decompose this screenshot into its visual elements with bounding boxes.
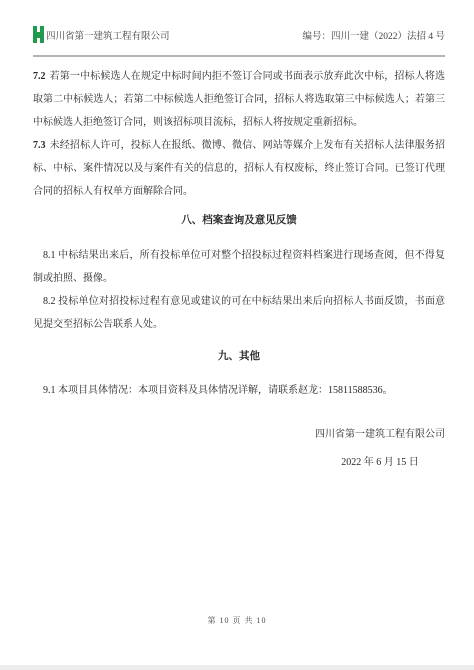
paragraph-7-3-number: 7.3 [33, 140, 46, 151]
paragraph-7-3-text: 未经招标人许可，投标人在报纸、微博、微信、网站等媒介上发布有关招标人法律服务招标… [33, 140, 445, 197]
header-company-name: 四川省第一建筑工程有限公司 [46, 28, 170, 42]
signature-block: 四川省第一建筑工程有限公司 2022 年 6 月 15 日 [33, 423, 445, 474]
paragraph-7-3: 7.3未经招标人许可，投标人在报纸、微博、微信、网站等媒介上发布有关招标人法律服… [33, 134, 445, 203]
paragraph-8-2: 8.2 投标单位对招投标过程有意见或建议的可在中标结果出来后向招标人书面反馈，书… [33, 290, 445, 336]
company-logo-icon [33, 26, 44, 43]
page-number-footer: 第 10 页 共 10 [0, 615, 474, 626]
paragraph-8-1: 8.1 中标结果出来后，所有投标单位可对整个招投标过程资料档案进行现场查阅，但不… [33, 244, 445, 290]
header-divider [33, 55, 445, 57]
signature-company: 四川省第一建筑工程有限公司 [315, 423, 445, 446]
page-bottom-edge [0, 665, 474, 670]
section-8-heading: 八、档案查询及意见反馈 [33, 209, 445, 232]
header-doc-number: 编号：四川一建（2022）法招 4 号 [302, 28, 445, 42]
signature-inner: 四川省第一建筑工程有限公司 2022 年 6 月 15 日 [315, 423, 445, 474]
paragraph-9-1: 9.1 本项目具体情况：本项目资料及具体情况详解，请联系赵龙：158115885… [33, 379, 445, 402]
paragraph-7-2: 7.2若第一中标候选人在规定中标时间内拒不签订合同或书面表示放弃此次中标，招标人… [33, 65, 445, 134]
page-header: 四川省第一建筑工程有限公司 编号：四川一建（2022）法招 4 号 [33, 26, 445, 43]
signature-date: 2022 年 6 月 15 日 [315, 451, 445, 474]
paragraph-7-2-number: 7.2 [33, 71, 46, 82]
document-page: 四川省第一建筑工程有限公司 编号：四川一建（2022）法招 4 号 7.2若第一… [0, 0, 474, 670]
document-body: 7.2若第一中标候选人在规定中标时间内拒不签订合同或书面表示放弃此次中标，招标人… [33, 65, 445, 474]
header-company-block: 四川省第一建筑工程有限公司 [33, 26, 170, 43]
paragraph-7-2-text: 若第一中标候选人在规定中标时间内拒不签订合同或书面表示放弃此次中标，招标人将选取… [33, 71, 445, 128]
section-9-heading: 九、其他 [33, 345, 445, 368]
